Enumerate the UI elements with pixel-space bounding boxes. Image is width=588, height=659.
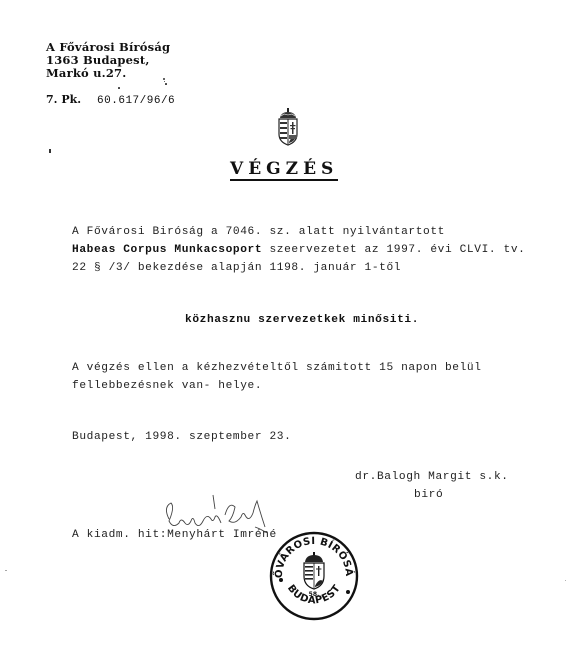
signatory-role: biró — [414, 488, 443, 502]
body-line-2: Habeas Corpus Munkacsoport szeervezetet … — [72, 243, 525, 257]
place-and-date: Budapest, 1998. szeptember 23. — [72, 430, 291, 444]
signatory-name: dr.Balogh Margit s.k. — [355, 470, 509, 484]
scan-speck — [118, 87, 120, 89]
issued-by: A kiadm. hit:Menyhárt Imréné — [72, 528, 277, 542]
decision-text: közhasznu szervezetkek minősiti. — [185, 313, 419, 327]
case-reference: 7. Pk.60.617/96/6 — [46, 93, 175, 107]
court-seal-icon: FŐVÁROSI BÍRÓSÁG BUDAPEST 58. — [268, 530, 360, 622]
body-line-3: 22 § /3/ bekezdése alapján 1198. január … — [72, 261, 401, 275]
court-address-line2: Markó u.27. — [46, 67, 126, 80]
case-number: 60.617/96/6 — [97, 95, 175, 107]
appeal-line-2: fellebbezésnek van- helye. — [72, 379, 262, 393]
appeal-line-1: A végzés ellen a kézhezvételtől számitot… — [72, 361, 482, 375]
scan-speck — [49, 149, 51, 153]
scan-speck — [163, 78, 165, 80]
body-line-2-rest: szeervezetet az 1997. évi CLVI. tv. — [262, 244, 525, 256]
document-page: A Fővárosi Bíróság 1363 Budapest, Markó … — [0, 0, 588, 659]
seal-number: 58. — [309, 591, 320, 598]
scan-speck — [565, 580, 566, 581]
hungarian-coat-of-arms-icon — [276, 108, 300, 148]
body-line-1: A Fővárosi Biróság a 7046. sz. alatt nyi… — [72, 225, 445, 239]
document-title: VÉGZÉS — [230, 160, 338, 181]
scan-speck — [165, 83, 167, 85]
scan-speck — [164, 81, 165, 82]
scan-speck — [5, 570, 7, 571]
organization-name: Habeas Corpus Munkacsoport — [72, 244, 262, 256]
register-code: 7. Pk. — [46, 93, 81, 106]
handwritten-signature — [155, 493, 270, 533]
